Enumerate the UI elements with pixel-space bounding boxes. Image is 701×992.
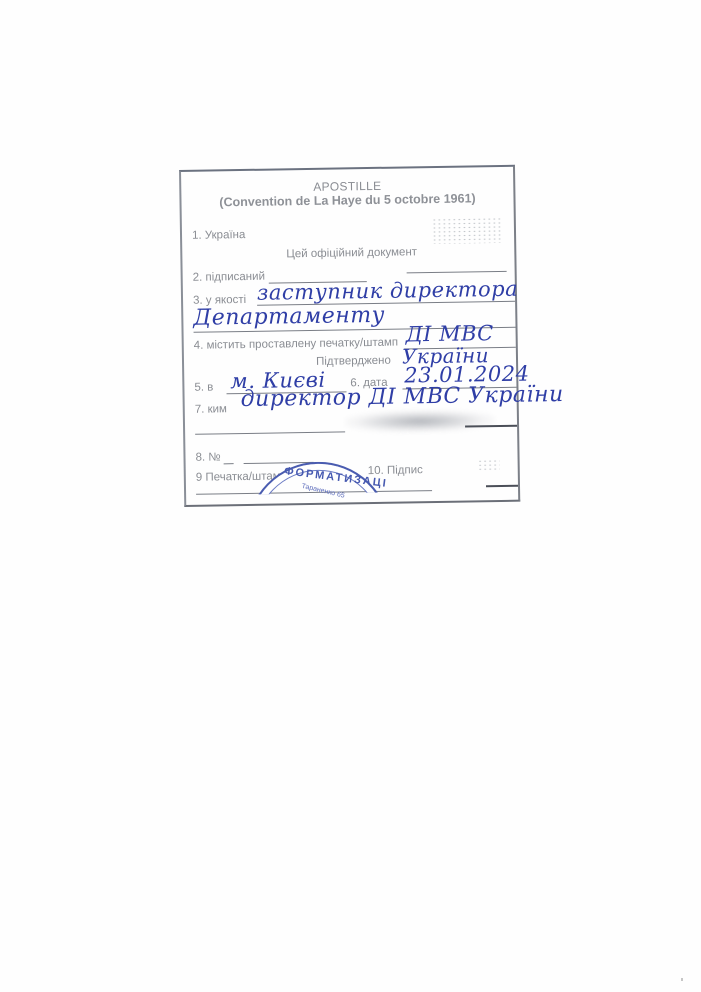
field-10-underline xyxy=(486,485,518,488)
field-7-underline-right xyxy=(465,425,517,428)
field-7-handwritten: директор ДІ МВС України xyxy=(240,382,563,412)
official-document-line: Цей офіційний документ xyxy=(286,246,417,260)
field-10-label: 10. Підпис xyxy=(368,464,423,477)
document-page: APOSTILLE (Convention de La Haye du 5 oc… xyxy=(0,0,701,992)
redacted-specks xyxy=(432,217,502,244)
field-1-label: 1. Україна xyxy=(192,229,246,242)
scan-artifact xyxy=(681,978,683,981)
field-8-underline-short xyxy=(224,463,234,464)
field-3-handwritten-2: Департаменту xyxy=(193,303,385,331)
field-7-label: 7. ким xyxy=(195,403,227,416)
field-4-label: 4. містить проставлену печатку/штамп xyxy=(194,337,399,352)
field-8-label: 8. № xyxy=(195,451,220,463)
redacted-signature xyxy=(345,409,495,433)
field-5-label: 5. в xyxy=(194,381,213,393)
redacted-signature-specks xyxy=(478,459,500,471)
field-2-label: 2. підписаний xyxy=(193,271,265,284)
field-2-underline-right xyxy=(407,271,507,274)
apostille-stamp: APOSTILLE (Convention de La Haye du 5 oc… xyxy=(179,165,520,507)
confirmed-label: Підтверджено xyxy=(316,355,391,368)
field-7-underline xyxy=(195,431,345,434)
